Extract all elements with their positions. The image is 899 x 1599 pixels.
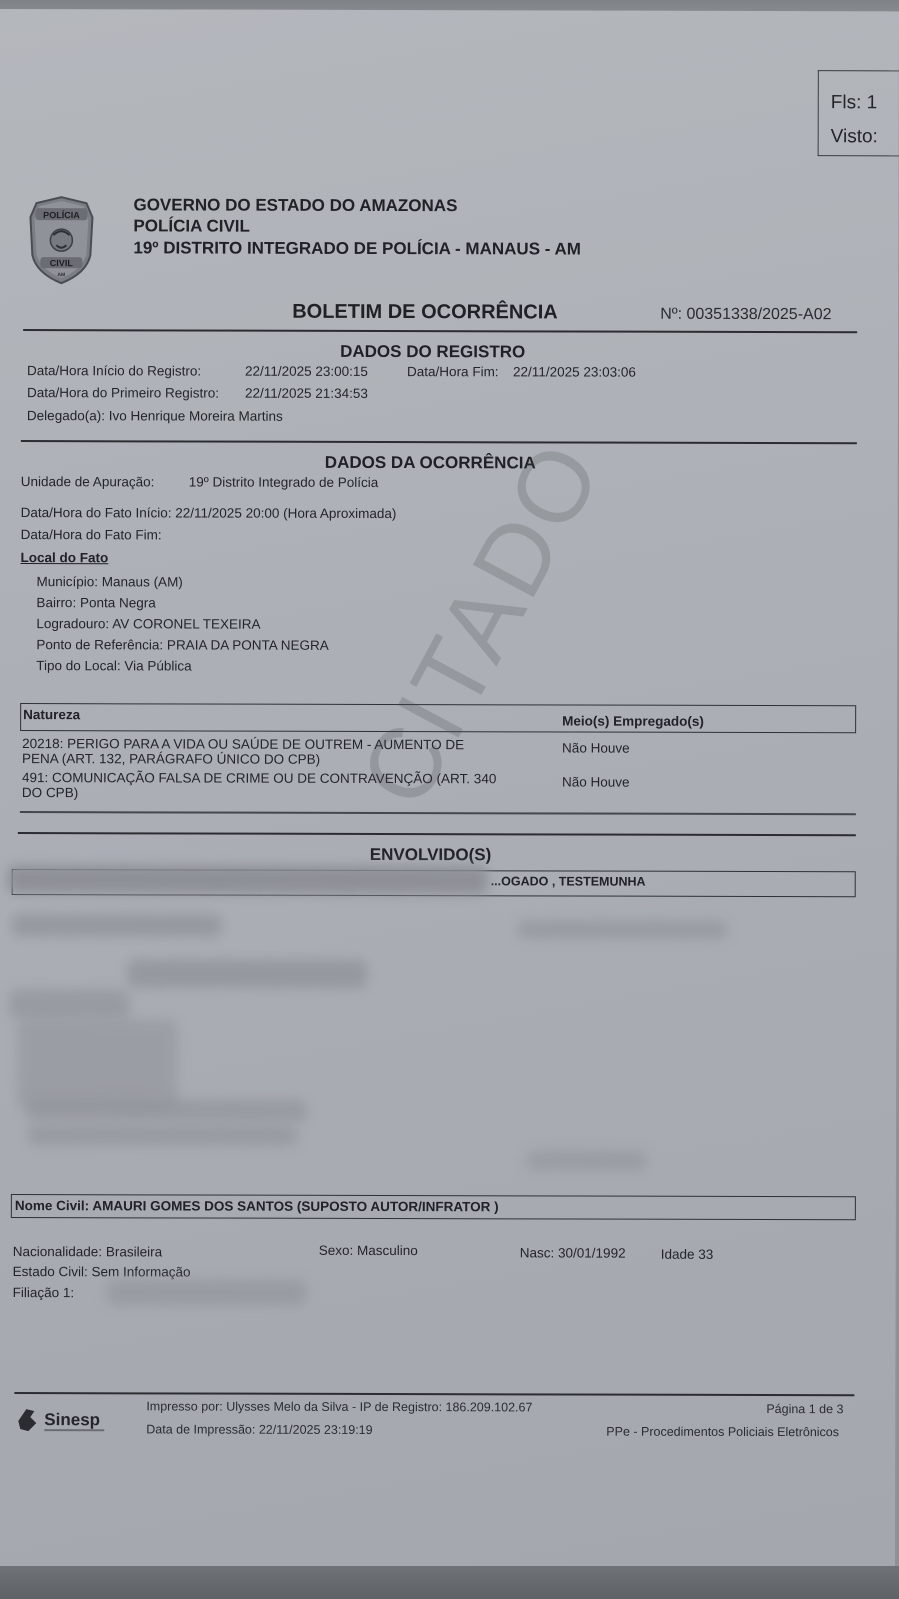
local-field-value: Via Pública [124,658,191,673]
local-field-label: Bairro: [36,595,76,610]
delegado-label: Delegado(a): [27,408,105,423]
section-title-envolvidos: ENVOLVIDO(S) [370,845,492,865]
filiacao-label: Filiação 1: [13,1285,75,1300]
folha-visto-box: Fls: 1 Visto: [818,70,899,156]
nascimento-label: Nasc: [520,1245,555,1260]
estado-civil-field: Estado Civil: Sem Informação [13,1264,191,1279]
sexo-field: Sexo: Masculino [319,1243,418,1258]
background-surface-bottom [0,1566,899,1599]
redacted-region [127,959,367,988]
redacted-region [527,1150,647,1170]
nascimento-field: Nasc: 30/01/1992 [520,1245,626,1260]
local-field-value: AV CORONEL TEXEIRA [112,616,260,631]
local-field: Município: Manaus (AM) [36,574,182,589]
local-field-label: Tipo do Local: [36,658,120,673]
sistema-name: PPe - Procedimentos Policiais Eletrônico… [606,1425,839,1440]
sexo-label: Sexo: [319,1243,354,1258]
local-field: Ponto de Referência: PRAIA DA PONTA NEGR… [36,637,328,653]
document-title: BOLETIM DE OCORRÊNCIA [292,301,558,325]
local-field-label: Município: [36,574,98,589]
unidade-label: Unidade de Apuração: [21,474,155,489]
meios-empregados-value: Não Houve [562,774,630,789]
estado-civil-value: Sem Informação [91,1264,190,1279]
data-impressao: Data de Impressão: 22/11/2025 23:19:19 [146,1422,372,1437]
svg-text:Sinesp: Sinesp [44,1410,100,1429]
redacted-region [27,1125,297,1146]
registro-inicio-value: 22/11/2025 23:00:15 [245,364,368,379]
col-meios-empregados: Meio(s) Empregado(s) [562,713,704,728]
watermark-stamp: CITADO [338,422,625,824]
registro-inicio-label: Data/Hora Início do Registro: [27,363,201,378]
local-field: Bairro: Ponta Negra [36,595,155,610]
delegado-value: Ivo Henrique Moreira Martins [109,408,283,423]
document-page: Fls: 1 Visto: POLÍCIA CIVIL AM GOVERNO D… [0,9,899,1573]
local-field-label: Logradouro: [36,616,109,631]
meios-empregados-value: Não Houve [562,740,630,755]
local-field-value: PRAIA DA PONTA NEGRA [167,637,329,652]
registro-fim-value: 22/11/2025 23:03:06 [513,364,636,379]
local-field-value: Manaus (AM) [102,574,183,589]
redacted-region [107,1279,307,1306]
fato-inicio-value: 22/11/2025 20:00 (Hora Aproximada) [175,505,396,521]
redacted-region [27,1099,307,1122]
redacted-region [8,865,488,894]
natureza-row-text-line2: DO CPB) [22,785,78,800]
nome-civil-label: Nome Civil: [15,1198,89,1213]
delegado-field: Delegado(a): Ivo Henrique Moreira Martin… [27,408,283,424]
unidade-value: 19º Distrito Integrado de Polícia [189,474,379,489]
footer-divider [14,1392,854,1396]
redacted-region [518,920,728,939]
nacionalidade-value: Brasileira [106,1244,162,1259]
org-line-policia: POLÍCIA CIVIL [133,216,250,236]
estado-civil-label: Estado Civil: [13,1264,88,1279]
idade-field: Idade 33 [661,1247,714,1262]
section-title-registro: DADOS DO REGISTRO [340,342,525,362]
svg-text:AM: AM [57,272,65,278]
nacionalidade-field: Nacionalidade: Brasileira [13,1244,162,1259]
visto-label: Visto: [831,126,878,148]
nome-civil-field: Nome Civil: AMAURI GOMES DOS SANTOS (SUP… [15,1198,499,1214]
divider [21,440,857,444]
nacionalidade-label: Nacionalidade: [13,1244,102,1259]
local-field-label: Ponto de Referência: [36,637,163,652]
fato-fim-label: Data/Hora do Fato Fim: [21,527,162,542]
svg-text:POLÍCIA: POLÍCIA [43,210,80,220]
nome-civil-box: Nome Civil: AMAURI GOMES DOS SANTOS (SUP… [11,1194,856,1220]
local-field: Tipo do Local: Via Pública [36,658,191,673]
col-natureza: Natureza [23,707,80,722]
idade-label: Idade [661,1247,695,1262]
registro-fim-label: Data/Hora Fim: [407,364,499,379]
fls-label: Fls: 1 [831,92,878,114]
impresso-por: Impresso por: Ulysses Melo da Silva - IP… [146,1399,532,1414]
redacted-region [12,914,222,937]
local-field: Logradouro: AV CORONEL TEXEIRA [36,616,260,632]
org-line-government: GOVERNO DO ESTADO DO AMAZONAS [133,195,457,216]
fato-inicio-label: Data/Hora do Fato Início: [21,505,172,520]
idade-value: 33 [698,1247,713,1262]
document-number: Nº: 00351338/2025-A02 [660,306,831,324]
local-do-fato-title: Local do Fato [21,550,109,565]
fato-inicio-field: Data/Hora do Fato Início: 22/11/2025 20:… [21,505,397,521]
envolvido-1-roles: ...OGADO , TESTEMUNHA [491,874,646,888]
org-line-distrito: 19º DISTRITO INTEGRADO DE POLÍCIA - MANA… [133,238,581,259]
registro-primeiro-value: 22/11/2025 21:34:53 [245,386,368,401]
natureza-row-text-line2: PENA (ART. 132, PARÁGRAFO ÚNICO DO CPB) [22,751,320,767]
redacted-region [9,989,129,1019]
fato-fim-field: Data/Hora do Fato Fim: [21,527,162,542]
registro-primeiro-label: Data/Hora do Primeiro Registro: [27,385,219,401]
nascimento-value: 30/01/1992 [558,1245,626,1260]
sexo-value: Masculino [357,1243,418,1258]
policia-civil-badge-icon: POLÍCIA CIVIL AM [26,195,96,285]
local-field-value: Ponta Negra [80,595,156,610]
divider [23,329,857,333]
sinesp-logo-icon: Sinesp [14,1401,124,1437]
pagina-indicator: Página 1 de 3 [766,1402,843,1416]
redacted-region [17,1019,177,1109]
svg-text:CIVIL: CIVIL [50,258,74,268]
divider [18,832,856,836]
nome-civil-value: AMAURI GOMES DOS SANTOS (SUPOSTO AUTOR/I… [92,1198,498,1214]
